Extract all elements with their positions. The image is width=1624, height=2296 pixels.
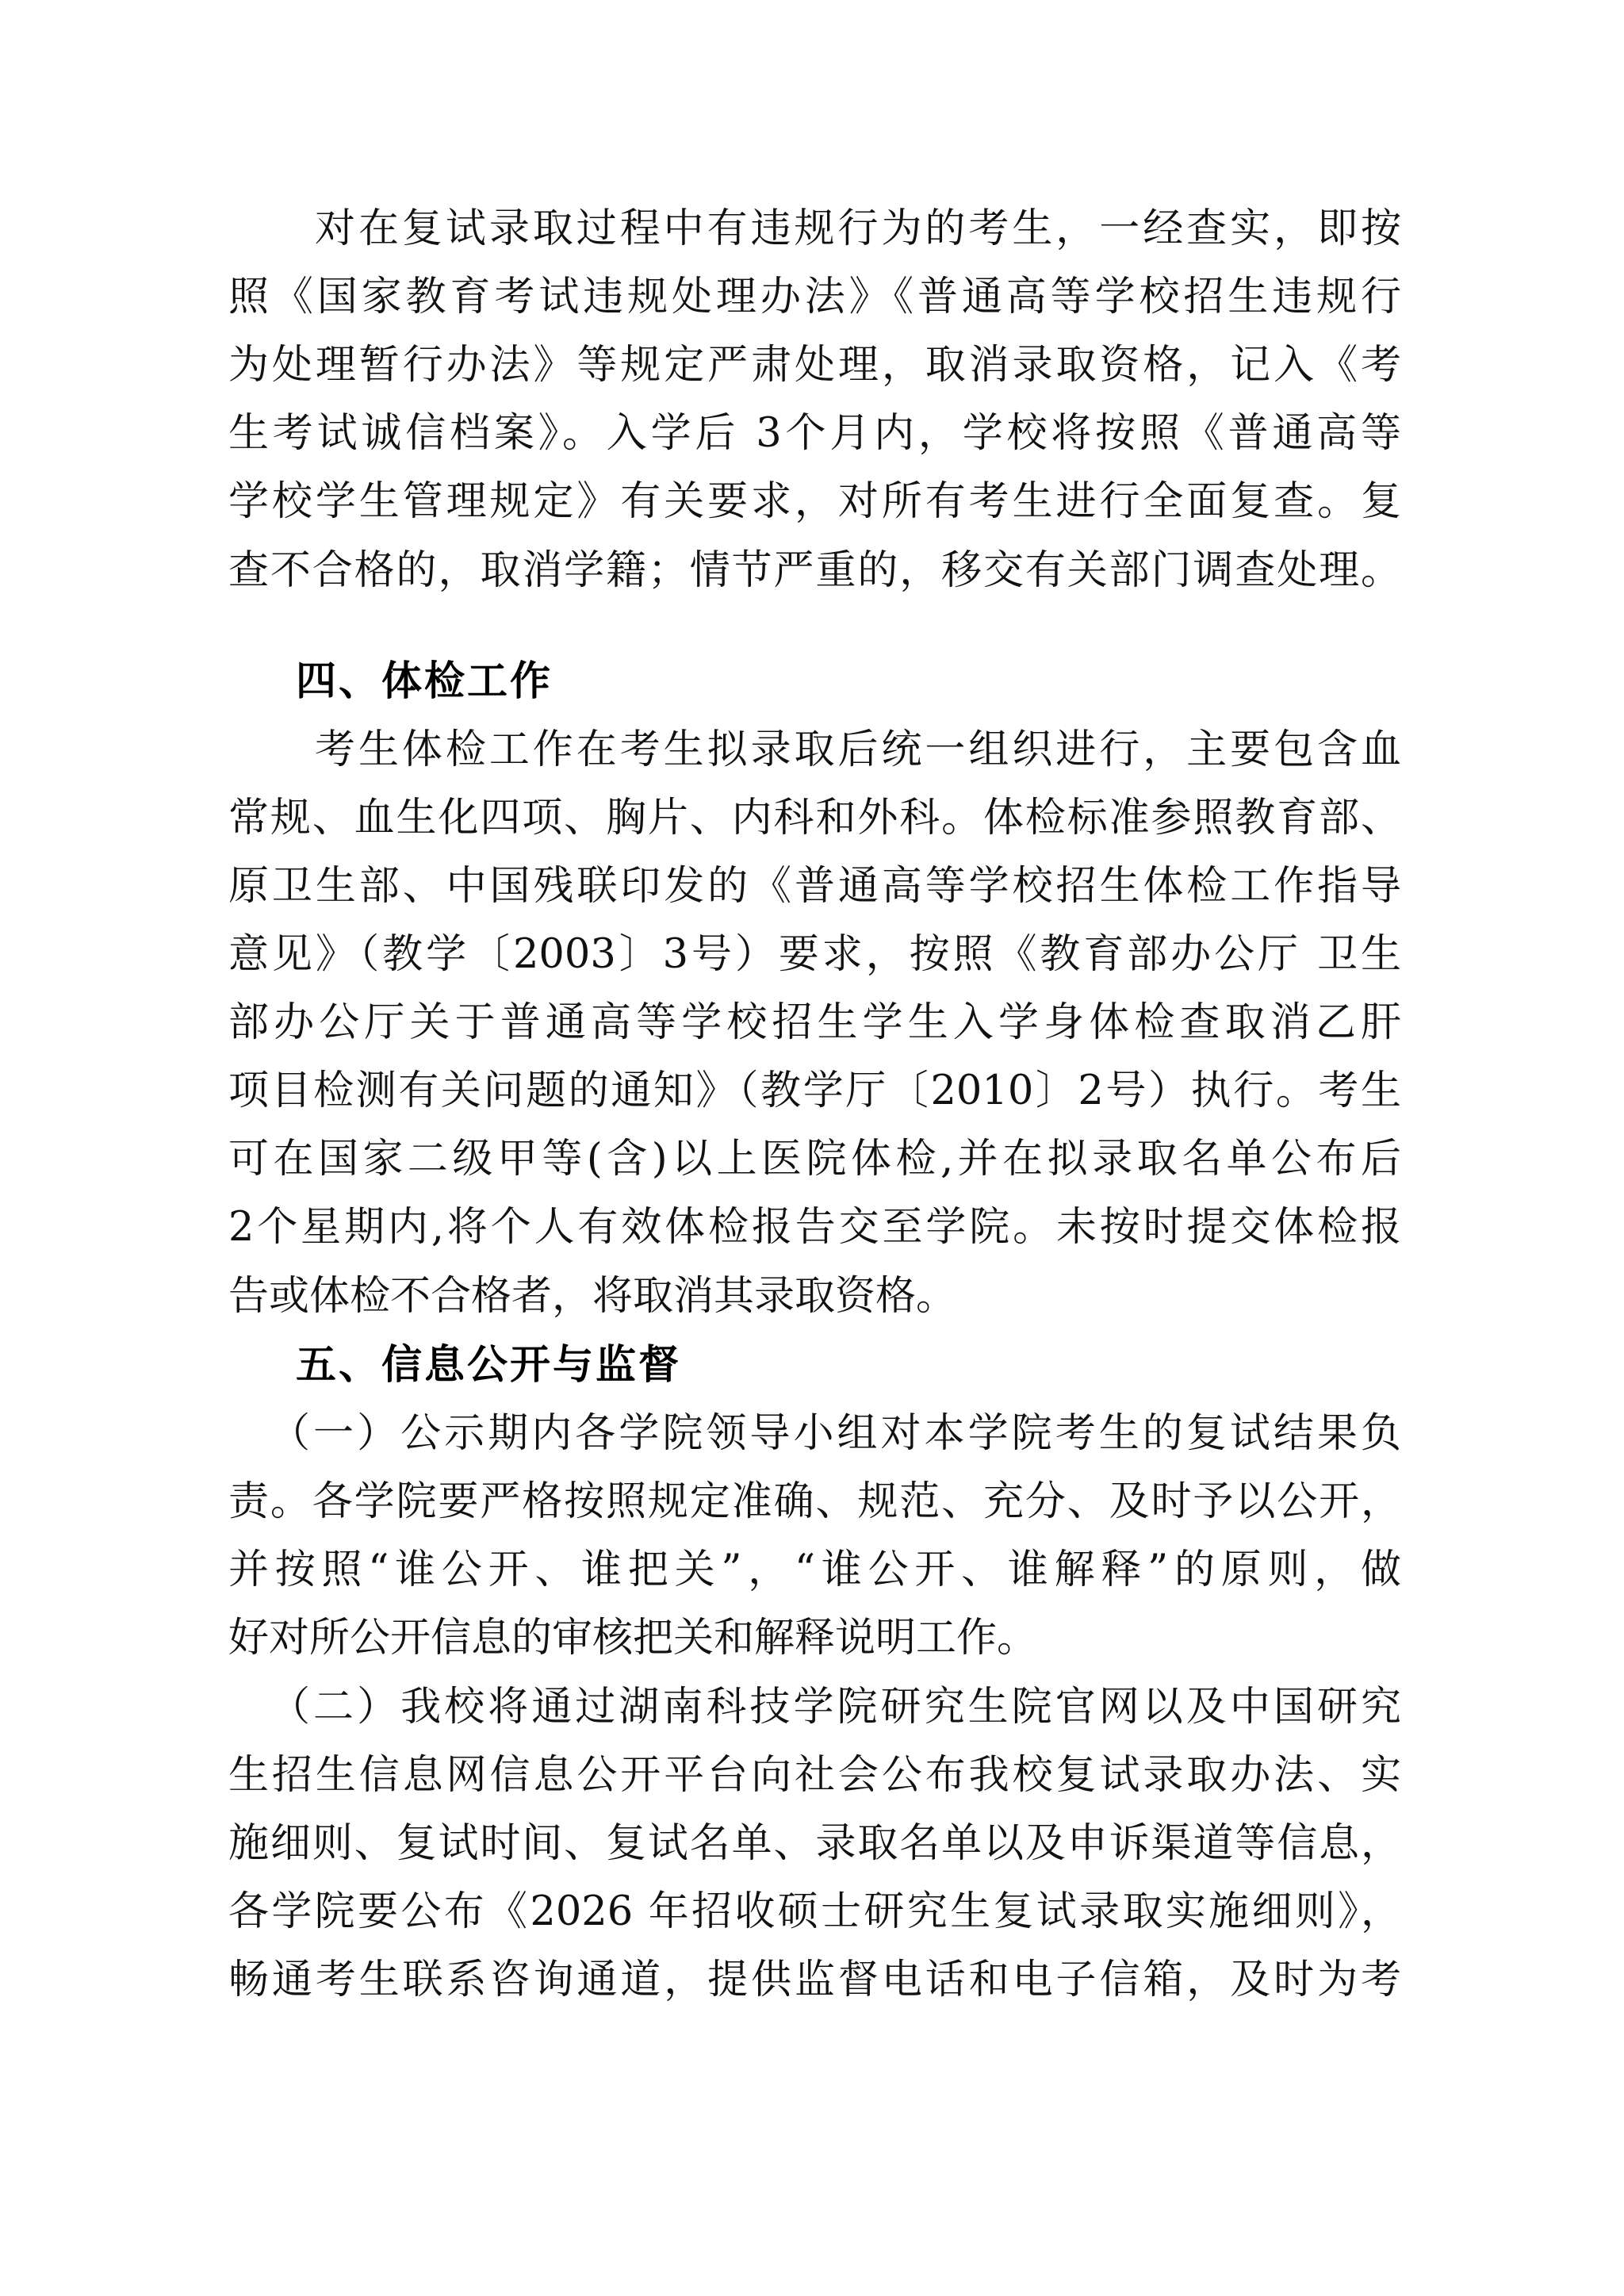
body-text-line: 责。各学院要严格按照规定准确、规范、充分、及时予以公开， bbox=[228, 1468, 1401, 1536]
body-text-line: 各学院要公布《2026 年招收硕士研究生复试录取实施细则》， bbox=[228, 1878, 1401, 1946]
body-text-line: 项目检测有关问题的通知》（教学厅〔2010〕2号）执行。考生 bbox=[228, 1057, 1401, 1125]
body-text-line: 对在复试录取过程中有违规行为的考生，一经查实，即按 bbox=[315, 195, 1401, 263]
body-text-line: 部办公厅关于普通高等学校招生学生入学身体检查取消乙肝 bbox=[228, 989, 1401, 1057]
body-text-line: 施细则、复试时间、复试名单、录取名单以及申诉渠道等信息， bbox=[228, 1810, 1401, 1878]
body-text-line: 生招生信息网信息公开平台向社会公布我校复试录取办法、实 bbox=[228, 1742, 1401, 1810]
body-text-line: 照《国家教育考试违规处理办法》《普通高等学校招生违规行 bbox=[228, 263, 1401, 332]
body-text-line: 为处理暂行办法》等规定严肃处理，取消录取资格，记入《考 bbox=[228, 332, 1401, 400]
body-text-line: 学校学生管理规定》有关要求，对所有考生进行全面复查。复 bbox=[228, 468, 1401, 536]
body-text-line: 考生体检工作在考生拟录取后统一组织进行，主要包含血 bbox=[315, 716, 1401, 784]
body-text-line: 可在国家二级甲等(含)以上医院体检,并在拟录取名单公布后 bbox=[228, 1125, 1401, 1194]
body-text-line: 2个星期内,将个人有效体检报告交至学院。未按时提交体检报 bbox=[228, 1194, 1401, 1262]
body-text-line: （二）我校将通过湖南科技学院研究生院官网以及中国研究 bbox=[270, 1673, 1401, 1742]
section-heading-information-disclosure: 五、信息公开与监督 bbox=[296, 1332, 681, 1400]
body-text-line: 并按照“谁公开、谁把关”，“谁公开、谁解释”的原则，做 bbox=[228, 1536, 1401, 1604]
document-page: 对在复试录取过程中有违规行为的考生，一经查实，即按 照《国家教育考试违规处理办法… bbox=[0, 0, 1624, 2296]
body-text-line: 生考试诚信档案》。入学后 3个月内，学校将按照《普通高等 bbox=[228, 400, 1401, 468]
body-text-line: 查不合格的，取消学籍；情节严重的，移交有关部门调查处理。 bbox=[228, 537, 1401, 605]
body-text-line: （一）公示期内各学院领导小组对本学院考生的复试结果负 bbox=[270, 1400, 1401, 1468]
body-text-line: 常规、血生化四项、胸片、内科和外科。体检标准参照教育部、 bbox=[228, 784, 1401, 853]
body-text-line: 意见》（教学〔2003〕3号）要求，按照《教育部办公厅 卫生 bbox=[228, 921, 1401, 989]
body-text-line: 畅通考生联系咨询通道，提供监督电话和电子信箱，及时为考 bbox=[228, 1946, 1401, 2014]
body-text-line: 原卫生部、中国残联印发的《普通高等学校招生体检工作指导 bbox=[228, 853, 1401, 921]
body-text-line: 好对所公开信息的审核把关和解释说明工作。 bbox=[228, 1604, 1401, 1673]
section-heading-medical-exam: 四、体检工作 bbox=[296, 648, 553, 716]
body-text-line: 告或体检不合格者，将取消其录取资格。 bbox=[228, 1263, 1401, 1331]
